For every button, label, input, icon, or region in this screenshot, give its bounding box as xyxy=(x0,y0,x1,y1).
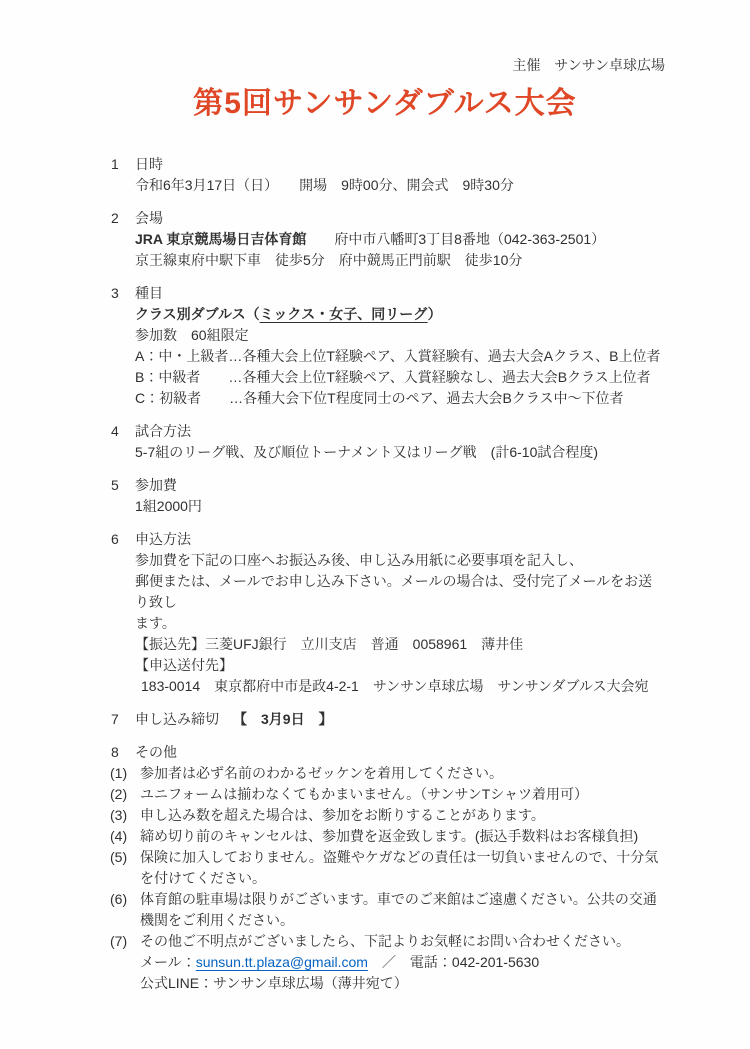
item-text: 申し込み数を超えた場合は、参加をお断りすることがあります。 xyxy=(140,807,545,823)
section-datetime-head: 1日時 xyxy=(105,154,665,175)
section-number: 2 xyxy=(105,208,135,229)
event-class-a: A：中・上級者…各種大会上位T経験ペア、入賞経験有、過去大会Aクラス、B上位者 xyxy=(135,346,665,367)
section-other-head: 8その他 xyxy=(105,742,665,763)
organizer-line: 主催 サンサン卓球広場 xyxy=(105,56,665,74)
section-other: 8その他 (1)参加者は必ず名前のわかるゼッケンを着用してください。 (2)ユニ… xyxy=(105,742,665,994)
event-class-underlined: ミックス・女子、同リーグ xyxy=(260,306,428,322)
section-format-head: 4試合方法 xyxy=(105,421,665,442)
event-capacity: 参加数 60組限定 xyxy=(135,325,665,346)
item-text: その他ご不明点がございましたら、下記よりお気軽にお問い合わせください。 xyxy=(140,933,630,949)
application-line2: 郵便または、メールでお申し込み下さい。メールの場合は、受付完了メールをお送り致し xyxy=(135,571,665,613)
item-text: 体育館の駐車場は限りがございます。車でのご来館はご遠慮ください。公共の交通機関を… xyxy=(140,891,657,928)
item-number: (3) xyxy=(110,805,140,826)
deadline-date: 【 3月9日 】 xyxy=(233,711,333,727)
mail-label: メール： xyxy=(140,954,196,970)
bank-transfer-info: 【振込先】三菱UFJ銀行 立川支店 普通 0058961 薄井佳 xyxy=(135,634,665,655)
section-heading: 会場 xyxy=(135,210,163,226)
section-venue: 2会場 JRA 東京競馬場日吉体育館 府中市八幡町3丁目8番地（042-363-… xyxy=(105,208,665,271)
separator-slash: ／ xyxy=(368,954,410,970)
datetime-detail: 令和6年3月17日（日） 開場 9時00分、開会式 9時30分 xyxy=(135,175,665,196)
venue-access: 京王線東府中駅下車 徒歩5分 府中競馬正門前駅 徒歩10分 xyxy=(135,250,665,271)
section-venue-head: 2会場 xyxy=(105,208,665,229)
section-deadline: 7申し込み締切【 3月9日 】 xyxy=(105,709,665,730)
section-heading: 申し込み締切 xyxy=(135,711,219,727)
other-item-1: (1)参加者は必ず名前のわかるゼッケンを着用してください。 xyxy=(110,763,665,784)
other-item-3: (3)申し込み数を超えた場合は、参加をお断りすることがあります。 xyxy=(110,805,665,826)
item-number: (7) xyxy=(110,931,140,952)
section-events-head: 3種目 xyxy=(105,283,665,304)
application-line3: ます。 xyxy=(135,613,665,634)
section-format: 4試合方法 5-7組のリーグ戦、及び順位トーナメント又はリーグ戦 (計6-10試… xyxy=(105,421,665,463)
contact-block: メール：sunsun.tt.plaza@gmail.com ／ 電話：042-2… xyxy=(140,952,665,994)
section-heading: 参加費 xyxy=(135,477,177,493)
item-number: (5) xyxy=(110,847,140,868)
other-item-6: (6)体育館の駐車場は限りがございます。車でのご来館はご遠慮ください。公共の交通… xyxy=(110,889,665,931)
format-detail: 5-7組のリーグ戦、及び順位トーナメント又はリーグ戦 (計6-10試合程度) xyxy=(135,442,665,463)
event-class-line: クラス別ダブルス（ミックス・女子、同リーグ） xyxy=(135,304,665,325)
item-text: 締め切り前のキャンセルは、参加費を返金致します。(振込手数料はお客様負担) xyxy=(140,828,638,844)
section-fee-head: 5参加費 xyxy=(105,475,665,496)
section-number: 4 xyxy=(105,421,135,442)
other-item-5: (5)保険に加入しておりません。盗難やケガなどの責任は一切負いませんので、十分気… xyxy=(110,847,665,889)
contact-mail-line: メール：sunsun.tt.plaza@gmail.com ／ 電話：042-2… xyxy=(140,952,665,973)
section-heading: 試合方法 xyxy=(135,423,191,439)
section-number: 3 xyxy=(105,283,135,304)
section-number: 7 xyxy=(105,709,135,730)
other-item-7: (7)その他ご不明点がございましたら、下記よりお気軽にお問い合わせください。 xyxy=(110,931,665,952)
item-number: (2) xyxy=(110,784,140,805)
section-events: 3種目 クラス別ダブルス（ミックス・女子、同リーグ） 参加数 60組限定 A：中… xyxy=(105,283,665,409)
section-number: 6 xyxy=(105,529,135,550)
official-line-account: 公式LINE：サンサン卓球広場（薄井宛て） xyxy=(140,973,665,994)
event-class-prefix: クラス別ダブルス（ xyxy=(135,306,260,322)
phone-number: 電話：042-201-5630 xyxy=(410,954,539,970)
page-title: 第5回サンサンダブルス大会 xyxy=(105,84,665,124)
item-number: (4) xyxy=(110,826,140,847)
section-datetime: 1日時 令和6年3月17日（日） 開場 9時00分、開会式 9時30分 xyxy=(105,154,665,196)
application-line1: 参加費を下記の口座へお振込み後、申し込み用紙に必要事項を記入し、 xyxy=(135,550,665,571)
section-heading: その他 xyxy=(135,744,177,760)
event-class-c: C：初級者 …各種大会下位T程度同士のペア、過去大会Bクラス中～下位者 xyxy=(135,388,665,409)
item-text: ユニフォームは揃わなくてもかまいません。（サンサンTシャツ着用可） xyxy=(140,786,588,802)
mailto-address: 183-0014 東京都府中市是政4-2-1 サンサン卓球広場 サンサンダブルス… xyxy=(141,676,665,697)
document-page: 主催 サンサン卓球広場 第5回サンサンダブルス大会 1日時 令和6年3月17日（… xyxy=(0,0,750,1049)
section-heading: 種目 xyxy=(135,285,163,301)
other-items: (1)参加者は必ず名前のわかるゼッケンを着用してください。 (2)ユニフォームは… xyxy=(110,763,665,952)
section-deadline-head: 7申し込み締切【 3月9日 】 xyxy=(105,709,665,730)
section-application: 6申込方法 参加費を下記の口座へお振込み後、申し込み用紙に必要事項を記入し、 郵… xyxy=(105,529,665,697)
section-number: 1 xyxy=(105,154,135,175)
section-number: 5 xyxy=(105,475,135,496)
venue-address: 府中市八幡町3丁目8番地（042-363-2501） xyxy=(306,231,605,247)
mailto-label: 【申込送付先】 xyxy=(135,655,665,676)
venue-line: JRA 東京競馬場日吉体育館 府中市八幡町3丁目8番地（042-363-2501… xyxy=(135,229,665,250)
section-fee: 5参加費 1組2000円 xyxy=(105,475,665,517)
email-link[interactable]: sunsun.tt.plaza@gmail.com xyxy=(196,954,368,970)
item-text: 保険に加入しておりません。盗難やケガなどの責任は一切負いませんので、十分気を付け… xyxy=(140,849,658,886)
item-text: 参加者は必ず名前のわかるゼッケンを着用してください。 xyxy=(140,765,503,781)
section-number: 8 xyxy=(105,742,135,763)
event-class-b: B：中級者 …各種大会上位T経験ペア、入賞経験なし、過去大会Bクラス上位者 xyxy=(135,367,665,388)
venue-name: JRA 東京競馬場日吉体育館 xyxy=(135,231,306,247)
item-number: (6) xyxy=(110,889,140,910)
other-item-4: (4)締め切り前のキャンセルは、参加費を返金致します。(振込手数料はお客様負担) xyxy=(110,826,665,847)
section-application-head: 6申込方法 xyxy=(105,529,665,550)
section-heading: 申込方法 xyxy=(135,531,191,547)
other-item-2: (2)ユニフォームは揃わなくてもかまいません。（サンサンTシャツ着用可） xyxy=(110,784,665,805)
section-heading: 日時 xyxy=(135,156,163,172)
item-number: (1) xyxy=(110,763,140,784)
event-class-suffix: ） xyxy=(428,306,442,322)
fee-detail: 1組2000円 xyxy=(135,496,665,517)
